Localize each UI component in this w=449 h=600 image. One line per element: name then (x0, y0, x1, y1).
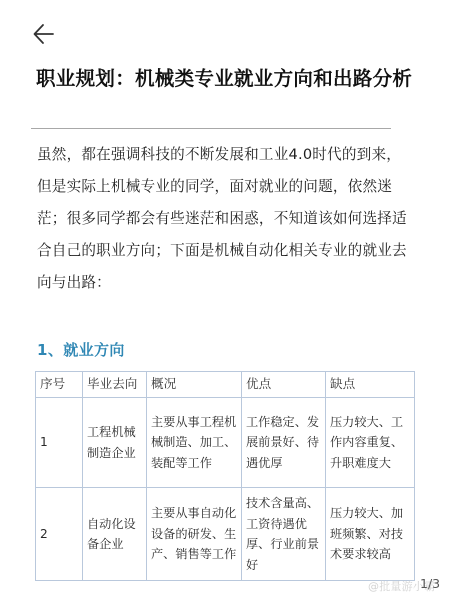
title-divider (31, 128, 391, 129)
header-overview: 概况 (147, 372, 242, 398)
header-pros: 优点 (242, 372, 326, 398)
cell-overview: 主要从事自动化设备的研发、生产、销售等工作 (147, 488, 242, 581)
cell-destination: 自动化设备企业 (83, 488, 147, 581)
cell-cons: 压力较大、工作内容重复、升职难度大 (326, 398, 415, 488)
employment-direction-table: 序号 毕业去向 概况 优点 缺点 1 工程机械制造企业 主要从事工程机械制造、加… (35, 371, 415, 581)
cell-destination: 工程机械制造企业 (83, 398, 147, 488)
arrow-left-icon (31, 22, 57, 46)
table-header-row: 序号 毕业去向 概况 优点 缺点 (36, 372, 415, 398)
cell-pros: 技术含量高、工资待遇优厚、行业前景好 (242, 488, 326, 581)
header-cons: 缺点 (326, 372, 415, 398)
cell-pros: 工作稳定、发展前景好、待遇优厚 (242, 398, 326, 488)
cell-cons: 压力较大、加班频繁、对技术要求较高 (326, 488, 415, 581)
back-button[interactable] (31, 22, 57, 46)
cell-no: 2 (36, 488, 83, 581)
page-indicator: 1/3 (420, 576, 440, 591)
cell-no: 1 (36, 398, 83, 488)
cell-overview: 主要从事工程机械制造、加工、装配等工作 (147, 398, 242, 488)
section-heading: 1、就业方向 (37, 337, 125, 363)
intro-paragraph: 虽然，都在强调科技的不断发展和工业4.0时代的到来，但是实际上机械专业的同学，面… (37, 139, 409, 299)
table-row: 2 自动化设备企业 主要从事自动化设备的研发、生产、销售等工作 技术含量高、工资… (36, 488, 415, 581)
article-title: 职业规划：机械类专业就业方向和出路分析 (36, 64, 416, 93)
table-row: 1 工程机械制造企业 主要从事工程机械制造、加工、装配等工作 工作稳定、发展前景… (36, 398, 415, 488)
header-no: 序号 (36, 372, 83, 398)
header-destination: 毕业去向 (83, 372, 147, 398)
